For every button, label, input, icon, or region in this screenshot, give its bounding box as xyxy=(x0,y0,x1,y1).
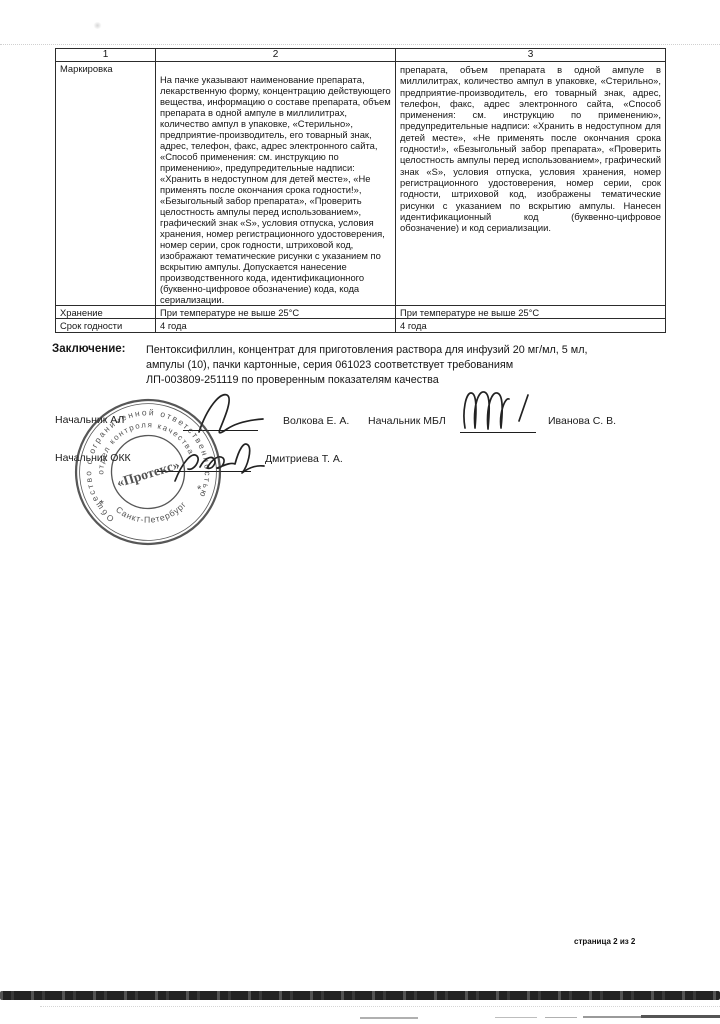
signature-ivanova-icon xyxy=(458,387,543,433)
row-marking-label: Маркировка xyxy=(56,62,156,306)
row-shelflife-actual: 4 года xyxy=(396,319,666,333)
table-header-col1: 1 xyxy=(56,49,156,62)
quality-table: 1 2 3 Маркировка На пачке указывают наим… xyxy=(55,48,666,333)
scanned-document-page: 1 2 3 Маркировка На пачке указывают наим… xyxy=(0,0,720,1024)
conclusion-label: Заключение: xyxy=(52,343,126,355)
page-number: страница 2 из 2 xyxy=(574,937,635,946)
table-header-col2: 2 xyxy=(156,49,396,62)
scan-artifact-segment xyxy=(545,1017,577,1018)
signer-name-volkova: Волкова Е. А. xyxy=(283,415,349,427)
row-storage-actual: При температуре не выше 25°С xyxy=(396,306,666,319)
row-storage-label: Хранение xyxy=(56,306,156,319)
scan-artifact-dotted-line xyxy=(40,1006,720,1007)
scan-artifact-top-line xyxy=(0,44,720,45)
signer-role-head-mbl: Начальник МБЛ xyxy=(368,415,446,427)
table-header-col3: 3 xyxy=(396,49,666,62)
scan-artifact-black-bar xyxy=(0,991,720,1000)
signature-line xyxy=(460,432,536,433)
signer-name-dmitrieva: Дмитриева Т. А. xyxy=(265,453,343,465)
svg-text:Санкт-Петербург: Санкт-Петербург xyxy=(113,498,189,527)
scan-artifact-segment xyxy=(495,1017,537,1018)
signer-name-ivanova: Иванова С. В. xyxy=(548,415,616,427)
scan-artifact-segment xyxy=(360,1017,418,1019)
row-shelflife-spec: 4 года xyxy=(156,319,396,333)
stamp-city-text: Санкт-Петербург xyxy=(113,498,189,527)
scan-artifact-segment xyxy=(641,1015,720,1018)
stamp-star-left-icon: * xyxy=(99,498,105,510)
row-shelflife-label: Срок годности xyxy=(56,319,156,333)
stamp-company-name: «Протекс» xyxy=(115,457,182,490)
row-storage-spec: При температуре не выше 25°С xyxy=(156,306,396,319)
row-marking-spec: На пачке указывают наименование препарат… xyxy=(156,62,396,306)
round-stamp-icon: Общество с ограниченной ответственностью… xyxy=(66,390,231,555)
conclusion-text: Пентоксифиллин, концентрат для приготовл… xyxy=(146,343,632,388)
row-marking-actual: препарата, объем препарата в одной ампул… xyxy=(396,62,666,306)
scan-smudge xyxy=(93,22,102,29)
scan-artifact-segment xyxy=(583,1016,641,1018)
